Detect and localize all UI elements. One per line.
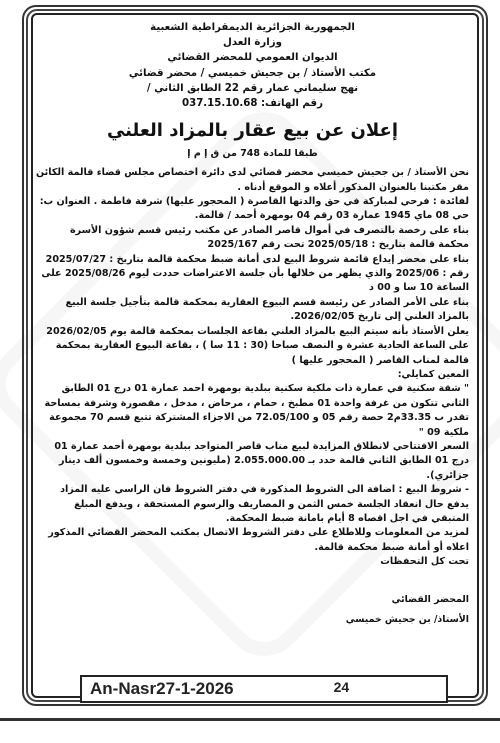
header-ministry: وزارة العدل [36, 35, 469, 50]
header-phone: رقم الهاتف: 037.15.10.68 [36, 96, 469, 111]
paragraph-deposit: بناء على محضر إيداع قائمة شروط البيع لدى… [36, 253, 469, 296]
paragraph-more-info: لمزيد من المعلومات وللاطلاع على دفتر الش… [36, 526, 469, 555]
header-republic: الجمهورية الجزائرية الديمقراطية الشعبية [36, 20, 469, 35]
paragraph-opening-price: السعر الافتتاحي لانطلاق المزايدة لبيع من… [36, 440, 469, 483]
notice-subtitle: طبقا للمادة 748 من ق إ م إ [36, 147, 469, 161]
paragraph-announcement: يعلن الأستاذ بأنه سيتم البيع بالمزاد الع… [36, 325, 469, 368]
paragraph-property-description: " شقة سكنية في عمارة ذات ملكية سكنية ببل… [36, 382, 469, 440]
header-address: نهج سليماني عمار رقم 22 الطابق الثاني / [36, 81, 469, 96]
paragraph-postponement: بناء على الأمر الصادر عن رئيسة قسم البيو… [36, 296, 469, 325]
paragraph-intro: نحن الأستاذ / بن جحيش خميسي محضر قضائي ل… [36, 166, 469, 195]
notice-header: الجمهورية الجزائرية الديمقراطية الشعبية … [36, 20, 469, 111]
paragraph-beneficiary: لفائدة : فرحي لمباركة في حق والدتها القا… [36, 195, 469, 224]
publication-footer: An-Nasr27-1-2026 24 [80, 675, 448, 703]
paragraph-sale-conditions: - شروط البيع : اضافة الى الشروط المذكورة… [36, 483, 469, 526]
page-bottom-rule [0, 718, 500, 721]
paragraph-authorization: بناء على رخصة بالتصرف في أموال قاصر الصا… [36, 224, 469, 253]
publication-date: An-Nasr27-1-2026 [90, 679, 234, 699]
page-number: 24 [334, 679, 350, 695]
notice-title: إعلان عن بيع عقار بالمزاد العلني [36, 119, 469, 143]
notice-content: الجمهورية الجزائرية الديمقراطية الشعبية … [36, 20, 469, 630]
header-office: الديوان العمومي للمحضر القضائي [36, 50, 469, 65]
signature-block: المحضر القضائي الأستاذ/ بن جحيش خميسي [36, 590, 469, 630]
paragraph-designated-label: المعين كمايلي: [36, 368, 469, 382]
signature-role: المحضر القضائي [36, 590, 469, 610]
paragraph-reservations: تحت كل التحفظات [36, 555, 469, 569]
header-bailiff: مكتب الأستاذ / بن جحيش خميسي / محضر قضائ… [36, 66, 469, 81]
signature-name: الأستاذ/ بن جحيش خميسي [36, 610, 469, 630]
